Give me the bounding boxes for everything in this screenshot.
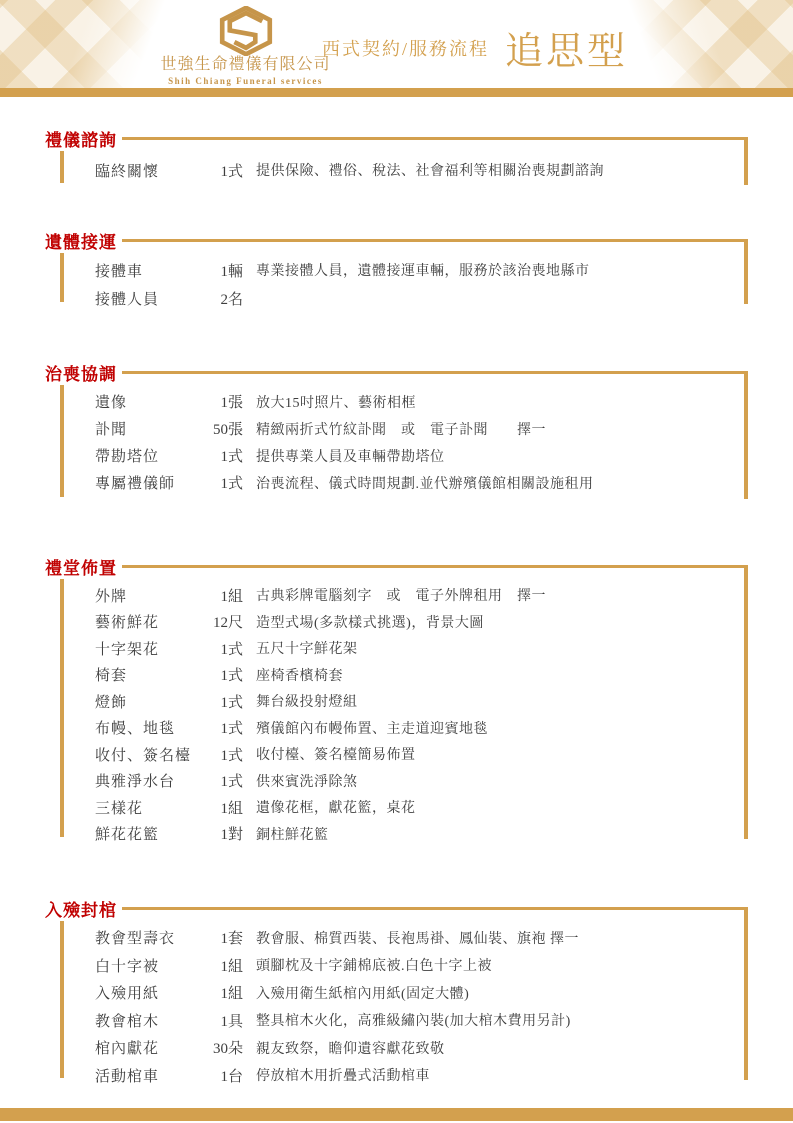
item-desc: 提供保險、禮俗、稅法、社會福利等相關治喪規劃諮詢 (256, 160, 604, 180)
item-name: 椅套 (95, 664, 195, 685)
item-desc: 治喪流程、儀式時間規劃.並代辦殯儀館相關設施租用 (256, 473, 594, 493)
item-qty: 1式 (195, 717, 243, 738)
item-qty: 1式 (195, 472, 243, 493)
item-name: 燈飾 (95, 691, 195, 712)
section-head: 治喪協調 (45, 362, 748, 382)
item-qty: 1式 (195, 691, 243, 712)
item-desc: 五尺十字鮮花架 (256, 638, 358, 658)
item-qty: 1組 (195, 797, 243, 818)
item-desc: 座椅香檳椅套 (256, 665, 343, 685)
item-name: 外牌 (95, 585, 195, 606)
gold-divider-bottom (0, 1108, 793, 1121)
sections: 禮儀諮詢臨終關懷1式提供保險、禮俗、稅法、社會福利等相關治喪規劃諮詢遺體接運接體… (0, 0, 793, 1123)
service-row: 收付、簽名檯1式收付檯、簽名檯簡易佈置 (95, 741, 748, 768)
service-row: 藝術鮮花12尺造型式場(多款樣式挑選)，背景大圖 (95, 609, 748, 636)
section-border-left (60, 921, 64, 1078)
item-desc: 造型式場(多款樣式挑選)，背景大圖 (256, 612, 484, 632)
item-qty: 1具 (195, 1010, 243, 1031)
item-qty: 1式 (195, 744, 243, 765)
item-qty: 1組 (195, 585, 243, 606)
item-name: 收付、簽名檯 (95, 744, 195, 765)
section-title: 禮儀諮詢 (45, 126, 117, 151)
service-section: 禮儀諮詢臨終關懷1式提供保險、禮俗、稅法、社會福利等相關治喪規劃諮詢 (45, 128, 748, 185)
service-row: 三樣花1組遺像花框，獻花籃，桌花 (95, 794, 748, 821)
item-desc: 古典彩牌電腦刻字 或 電子外牌租用 擇一 (256, 585, 546, 605)
section-head: 入殮封棺 (45, 898, 748, 918)
item-name: 教會型壽衣 (95, 927, 195, 948)
service-section: 遺體接運接體車1輛專業接體人員，遺體接運車輛，服務於該治喪地縣市接體人員2名 (45, 230, 748, 304)
item-desc: 銅柱鮮花籃 (256, 824, 329, 844)
section-title: 入殮封棺 (45, 896, 117, 921)
section-head: 遺體接運 (45, 230, 748, 250)
item-qty: 1式 (195, 445, 243, 466)
service-row: 專屬禮儀師1式治喪流程、儀式時間規劃.並代辦殯儀館相關設施租用 (95, 469, 748, 496)
section-title: 禮堂佈置 (45, 554, 117, 579)
item-name: 訃聞 (95, 418, 195, 439)
item-desc: 頭腳枕及十字鋪棉底被.白色十字上被 (256, 955, 492, 975)
item-name: 棺內獻花 (95, 1037, 195, 1058)
section-title: 治喪協調 (45, 360, 117, 385)
section-body: 遺像1張放大15吋照片、藝術相框訃聞50張精緻兩折式竹紋訃聞 或 電子訃聞 擇一… (45, 382, 748, 496)
item-name: 十字架花 (95, 638, 195, 659)
item-name: 活動棺車 (95, 1065, 195, 1086)
item-qty: 1組 (195, 955, 243, 976)
item-name: 接體人員 (95, 288, 195, 309)
service-row: 臨終關懷1式提供保險、禮俗、稅法、社會福利等相關治喪規劃諮詢 (95, 154, 748, 186)
service-row: 教會型壽衣1套教會服、棉質西裝、長袍馬褂、鳳仙裝、旗袍 擇一 (95, 924, 748, 952)
section-body: 外牌1組古典彩牌電腦刻字 或 電子外牌租用 擇一藝術鮮花12尺造型式場(多款樣式… (45, 576, 748, 847)
item-desc: 提供專業人員及車輛帶勘塔位 (256, 446, 445, 466)
item-name: 布幔、地毯 (95, 717, 195, 738)
item-desc: 教會服、棉質西裝、長袍馬褂、鳳仙裝、旗袍 擇一 (256, 928, 579, 948)
item-name: 遺像 (95, 391, 195, 412)
item-name: 典雅淨水台 (95, 770, 195, 791)
service-row: 帶勘塔位1式提供專業人員及車輛帶勘塔位 (95, 442, 748, 469)
item-desc: 精緻兩折式竹紋訃聞 或 電子訃聞 擇一 (256, 419, 546, 439)
item-name: 帶勘塔位 (95, 445, 195, 466)
item-qty: 12尺 (195, 611, 243, 632)
service-row: 外牌1組古典彩牌電腦刻字 或 電子外牌租用 擇一 (95, 582, 748, 609)
item-name: 入殮用紙 (95, 982, 195, 1003)
service-section: 治喪協調遺像1張放大15吋照片、藝術相框訃聞50張精緻兩折式竹紋訃聞 或 電子訃… (45, 362, 748, 499)
item-desc: 遺像花框，獻花籃，桌花 (256, 797, 416, 817)
service-row: 教會棺木1具整具棺木火化，高雅級繡內裝(加大棺木費用另計) (95, 1007, 748, 1035)
item-desc: 親友致祭，瞻仰遺容獻花致敬 (256, 1038, 445, 1058)
service-row: 椅套1式座椅香檳椅套 (95, 662, 748, 689)
item-name: 接體車 (95, 260, 195, 281)
item-qty: 30朵 (195, 1037, 243, 1058)
service-row: 鮮花花籃1對銅柱鮮花籃 (95, 821, 748, 848)
service-row: 白十字被1組頭腳枕及十字鋪棉底被.白色十字上被 (95, 952, 748, 980)
item-qty: 1張 (195, 391, 243, 412)
item-desc: 殯儀館內布幔佈置、主走道迎賓地毯 (256, 718, 488, 738)
item-qty: 1台 (195, 1065, 243, 1086)
item-qty: 1輛 (195, 260, 243, 281)
section-body: 臨終關懷1式提供保險、禮俗、稅法、社會福利等相關治喪規劃諮詢 (45, 148, 748, 186)
section-rule (122, 565, 748, 568)
section-border-left (60, 151, 64, 183)
item-name: 臨終關懷 (95, 160, 195, 181)
service-row: 接體人員2名 (95, 284, 748, 312)
service-row: 典雅淨水台1式供來賓洗淨除煞 (95, 768, 748, 795)
section-head: 禮堂佈置 (45, 556, 748, 576)
section-rule (122, 137, 748, 140)
service-row: 訃聞50張精緻兩折式竹紋訃聞 或 電子訃聞 擇一 (95, 415, 748, 442)
section-rule (122, 239, 748, 242)
item-desc: 入殮用衛生紙棺內用紙(固定大體) (256, 983, 469, 1003)
section-border-left (60, 253, 64, 302)
section-border-right (744, 907, 748, 1080)
item-desc: 專業接體人員，遺體接運車輛，服務於該治喪地縣市 (256, 260, 590, 280)
item-qty: 1式 (195, 664, 243, 685)
section-border-right (744, 137, 748, 185)
item-desc: 供來賓洗淨除煞 (256, 771, 358, 791)
contract-page: 世強生命禮儀有限公司 Shih Chiang Funeral services … (0, 0, 793, 1123)
item-desc: 舞台級投射燈組 (256, 691, 358, 711)
item-name: 專屬禮儀師 (95, 472, 195, 493)
service-row: 燈飾1式舞台級投射燈組 (95, 688, 748, 715)
item-qty: 1對 (195, 823, 243, 844)
service-row: 入殮用紙1組入殮用衛生紙棺內用紙(固定大體) (95, 979, 748, 1007)
item-qty: 1式 (195, 638, 243, 659)
service-row: 棺內獻花30朵親友致祭，瞻仰遺容獻花致敬 (95, 1034, 748, 1062)
section-body: 教會型壽衣1套教會服、棉質西裝、長袍馬褂、鳳仙裝、旗袍 擇一白十字被1組頭腳枕及… (45, 918, 748, 1089)
service-row: 遺像1張放大15吋照片、藝術相框 (95, 388, 748, 415)
section-title: 遺體接運 (45, 228, 117, 253)
service-section: 入殮封棺教會型壽衣1套教會服、棉質西裝、長袍馬褂、鳳仙裝、旗袍 擇一白十字被1組… (45, 898, 748, 1080)
item-qty: 1式 (195, 770, 243, 791)
section-body: 接體車1輛專業接體人員，遺體接運車輛，服務於該治喪地縣市接體人員2名 (45, 250, 748, 312)
section-border-left (60, 385, 64, 497)
section-border-right (744, 239, 748, 304)
item-qty: 1組 (195, 982, 243, 1003)
service-row: 十字架花1式五尺十字鮮花架 (95, 635, 748, 662)
item-name: 鮮花花籃 (95, 823, 195, 844)
item-desc: 收付檯、簽名檯簡易佈置 (256, 744, 416, 764)
section-rule (122, 371, 748, 374)
item-name: 白十字被 (95, 955, 195, 976)
section-border-left (60, 579, 64, 837)
item-name: 三樣花 (95, 797, 195, 818)
item-qty: 50張 (195, 418, 243, 439)
item-qty: 1式 (195, 160, 243, 181)
section-border-right (744, 565, 748, 839)
item-qty: 2名 (195, 288, 243, 309)
service-row: 活動棺車1台停放棺木用折疊式活動棺車 (95, 1062, 748, 1090)
item-desc: 放大15吋照片、藝術相框 (256, 392, 416, 412)
item-name: 教會棺木 (95, 1010, 195, 1031)
item-desc: 停放棺木用折疊式活動棺車 (256, 1065, 430, 1085)
item-desc: 整具棺木火化，高雅級繡內裝(加大棺木費用另計) (256, 1010, 571, 1030)
section-border-right (744, 371, 748, 499)
item-name: 藝術鮮花 (95, 611, 195, 632)
section-rule (122, 907, 748, 910)
service-row: 接體車1輛專業接體人員，遺體接運車輛，服務於該治喪地縣市 (95, 256, 748, 284)
item-qty: 1套 (195, 927, 243, 948)
service-section: 禮堂佈置外牌1組古典彩牌電腦刻字 或 電子外牌租用 擇一藝術鮮花12尺造型式場(… (45, 556, 748, 839)
section-head: 禮儀諮詢 (45, 128, 748, 148)
service-row: 布幔、地毯1式殯儀館內布幔佈置、主走道迎賓地毯 (95, 715, 748, 742)
